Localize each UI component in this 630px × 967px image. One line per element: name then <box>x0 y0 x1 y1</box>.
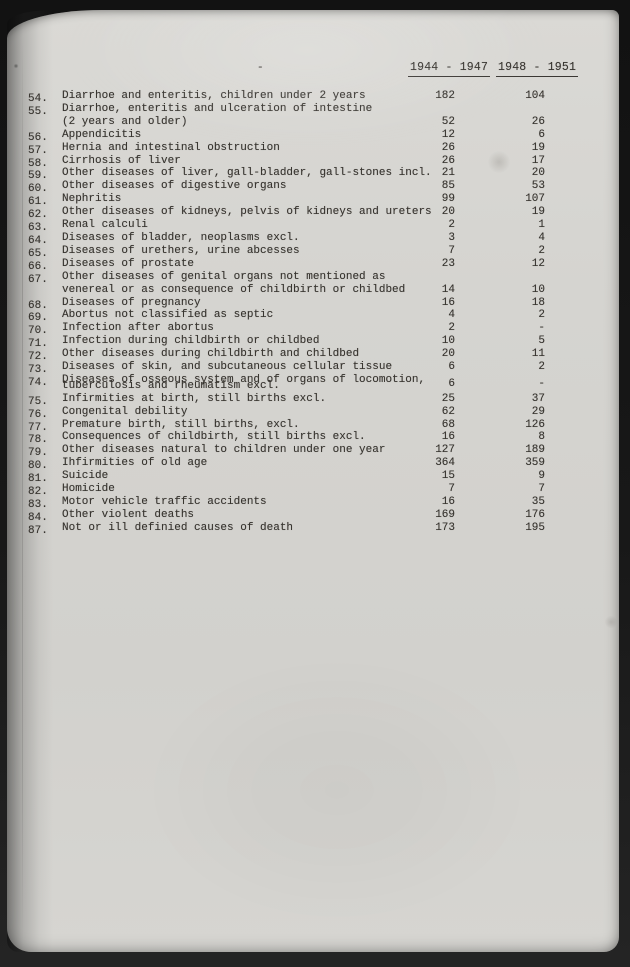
value-1948-1951: 176 <box>485 509 545 522</box>
value-1944-1947: 99 <box>395 193 455 206</box>
table-row: 69. Abortus not classified as septic 4 2 <box>28 309 550 322</box>
table-row: 59. Other diseases of liver, gall-bladde… <box>28 167 550 180</box>
row-label: Other diseases of liver, gall-bladder, g… <box>62 167 432 180</box>
row-label: Infirmities at birth, still births excl. <box>62 393 326 406</box>
value-1948-1951: 1 <box>485 219 545 232</box>
table-row: 72. Other diseases during childbirth and… <box>28 348 550 361</box>
value-1948-1951: 107 <box>485 193 545 206</box>
table-row: 83. Motor vehicle traffic accidents 16 3… <box>28 496 550 509</box>
page-edge-crease <box>22 40 23 944</box>
table-row: 62. Other diseases of kidneys, pelvis of… <box>28 206 550 219</box>
row-label: Cirrhosis of liver <box>62 155 181 168</box>
value-1944-1947: 173 <box>395 522 455 535</box>
row-label: Ihfirmities of old age <box>62 457 207 470</box>
row-label: Appendicitis <box>62 129 141 142</box>
row-label-continued: (2 years and older) <box>62 116 187 129</box>
row-label: Renal calculi <box>62 219 148 232</box>
value-1948-1951: 18 <box>485 297 545 310</box>
row-label: Other diseases of digestive organs <box>62 180 286 193</box>
value-1944-1947: 26 <box>395 142 455 155</box>
value-1948-1951: 17 <box>485 155 545 168</box>
row-label: Suicide <box>62 470 108 483</box>
value-1944-1947: 127 <box>395 444 455 457</box>
value-1948-1951: 26 <box>485 116 545 129</box>
column-header-1944-1947: 1944 - 1947 <box>408 61 490 77</box>
value-1948-1951: 195 <box>485 522 545 535</box>
table-row: 81. Suicide 15 9 <box>28 470 550 483</box>
table-row: 84. Other violent deaths 169 176 <box>28 509 550 522</box>
value-1948-1951: 9 <box>485 470 545 483</box>
value-1948-1951: 19 <box>485 142 545 155</box>
row-label: Other diseases of kidneys, pelvis of kid… <box>62 206 432 219</box>
value-1948-1951: 19 <box>485 206 545 219</box>
value-1944-1947: 68 <box>395 419 455 432</box>
table-row: 71. Infection during childbirth or child… <box>28 335 550 348</box>
value-1944-1947: 20 <box>395 348 455 361</box>
value-1944-1947: 10 <box>395 335 455 348</box>
row-label: Diarrhoe and enteritis, children under 2… <box>62 90 366 103</box>
row-label: Not or ill definied causes of death <box>62 522 293 535</box>
stray-dash-mark: - <box>257 62 264 74</box>
row-label: Premature birth, still births, excl. <box>62 419 300 432</box>
row-label: Consequences of childbirth, still births… <box>62 431 366 444</box>
table-row: 54. Diarrhoe and enteritis, children und… <box>28 90 550 103</box>
value-1944-1947: 85 <box>395 180 455 193</box>
value-1944-1947: 16 <box>395 496 455 509</box>
row-label: Diseases of pregnancy <box>62 297 201 310</box>
row-label: Motor vehicle traffic accidents <box>62 496 267 509</box>
scanner-background: - 1944 - 1947 1948 - 1951 54. Diarrhoe a… <box>0 0 630 967</box>
value-1948-1951: 2 <box>485 309 545 322</box>
table-row: 67. Other diseases of genital organs not… <box>28 271 550 297</box>
row-label: Other diseases during childbirth and chi… <box>62 348 359 361</box>
value-1944-1947: 7 <box>395 483 455 496</box>
table-row: 77. Premature birth, still births, excl.… <box>28 419 550 432</box>
row-label: Other diseases natural to children under… <box>62 444 385 457</box>
value-1948-1951: 126 <box>485 419 545 432</box>
value-1944-1947: 25 <box>395 393 455 406</box>
table-row: 55. Diarrhoe, enteritis and ulceration o… <box>28 103 550 129</box>
value-1944-1947: 26 <box>395 155 455 168</box>
row-number: 74. <box>28 377 55 390</box>
value-1948-1951: 29 <box>485 406 545 419</box>
value-1944-1947: 20 <box>395 206 455 219</box>
row-label: Infection after abortus <box>62 322 214 335</box>
value-1948-1951: 37 <box>485 393 545 406</box>
value-1948-1951: 35 <box>485 496 545 509</box>
table-row: 70. Infection after abortus 2 - <box>28 322 550 335</box>
value-1948-1951: 104 <box>485 90 545 103</box>
row-label: Other diseases of genital organs not men… <box>62 271 385 284</box>
table-row: 78. Consequences of childbirth, still bi… <box>28 431 550 444</box>
value-1948-1951: 7 <box>485 483 545 496</box>
row-label: Nephritis <box>62 193 121 206</box>
value-1944-1947: 7 <box>395 245 455 258</box>
table-row: 57. Hernia and intestinal obstruction 26… <box>28 142 550 155</box>
value-1944-1947: 2 <box>395 219 455 232</box>
table-row: 68. Diseases of pregnancy 16 18 <box>28 297 550 310</box>
value-1944-1947: 364 <box>395 457 455 470</box>
row-label: Diseases of prostate <box>62 258 194 271</box>
table-row: 87. Not or ill definied causes of death … <box>28 522 550 535</box>
value-1944-1947: 6 <box>395 378 455 391</box>
value-1944-1947: 4 <box>395 309 455 322</box>
value-1948-1951: 8 <box>485 431 545 444</box>
value-1944-1947: 182 <box>395 90 455 103</box>
row-label: Diseases of bladder, neoplasms excl. <box>62 232 300 245</box>
row-label: Homicide <box>62 483 115 496</box>
row-number: 87. <box>28 525 55 538</box>
value-1948-1951: 10 <box>485 284 545 297</box>
value-1944-1947: 52 <box>395 116 455 129</box>
value-1948-1951: 53 <box>485 180 545 193</box>
value-1944-1947: 16 <box>395 297 455 310</box>
value-1948-1951: 189 <box>485 444 545 457</box>
value-1944-1947: 16 <box>395 431 455 444</box>
table-row: 63. Renal calculi 2 1 <box>28 219 550 232</box>
value-1944-1947: 2 <box>395 322 455 335</box>
table-row: 60. Other diseases of digestive organs 8… <box>28 180 550 193</box>
value-1948-1951: 12 <box>485 258 545 271</box>
column-header-1948-1951: 1948 - 1951 <box>496 61 578 77</box>
table-row: 58. Cirrhosis of liver 26 17 <box>28 155 550 168</box>
value-1944-1947: 12 <box>395 129 455 142</box>
table-row: 64. Diseases of bladder, neoplasms excl.… <box>28 232 550 245</box>
table-row: 82. Homicide 7 7 <box>28 483 550 496</box>
table-rows: 54. Diarrhoe and enteritis, children und… <box>28 90 550 535</box>
value-1944-1947: 23 <box>395 258 455 271</box>
row-label: Diarrhoe, enteritis and ulceration of in… <box>62 103 372 116</box>
row-label: Diseases of urethers, urine abcesses <box>62 245 300 258</box>
table-row: 66. Diseases of prostate 23 12 <box>28 258 550 271</box>
table-row: 76. Congenital debility 62 29 <box>28 406 550 419</box>
row-label-continued: tuberculosis and rheumatism excl. <box>62 380 280 393</box>
value-1944-1947: 6 <box>395 361 455 374</box>
row-number: 55. <box>28 106 55 119</box>
table-row: 61. Nephritis 99 107 <box>28 193 550 206</box>
table-row: 80. Ihfirmities of old age 364 359 <box>28 457 550 470</box>
value-1944-1947: 21 <box>395 167 455 180</box>
value-1948-1951: 2 <box>485 361 545 374</box>
value-1948-1951: - <box>485 322 545 335</box>
scanned-page: - 1944 - 1947 1948 - 1951 54. Diarrhoe a… <box>7 10 619 952</box>
row-label: Infection during childbirth or childbed <box>62 335 319 348</box>
value-1948-1951: 11 <box>485 348 545 361</box>
table-row: 75. Infirmities at birth, still births e… <box>28 393 550 406</box>
row-label: Other violent deaths <box>62 509 194 522</box>
value-1948-1951: 2 <box>485 245 545 258</box>
value-1944-1947: 15 <box>395 470 455 483</box>
table-row: 56. Appendicitis 12 6 <box>28 129 550 142</box>
table-row: 79. Other diseases natural to children u… <box>28 444 550 457</box>
value-1944-1947: 169 <box>395 509 455 522</box>
value-1948-1951: 359 <box>485 457 545 470</box>
value-1948-1951: 20 <box>485 167 545 180</box>
row-number: 67. <box>28 274 55 287</box>
value-1944-1947: 62 <box>395 406 455 419</box>
value-1948-1951: - <box>485 378 545 391</box>
value-1948-1951: 5 <box>485 335 545 348</box>
row-label: Diseases of skin, and subcutaneous cellu… <box>62 361 392 374</box>
table-row: 74. Diseases of osseous system and of or… <box>28 374 550 393</box>
row-label: Congenital debility <box>62 406 187 419</box>
row-label: Hernia and intestinal obstruction <box>62 142 280 155</box>
value-1948-1951: 4 <box>485 232 545 245</box>
row-label: Abortus not classified as septic <box>62 309 273 322</box>
row-label-continued: venereal or as consequence of childbirth… <box>62 284 405 297</box>
value-1944-1947: 14 <box>395 284 455 297</box>
value-1944-1947: 3 <box>395 232 455 245</box>
value-1948-1951: 6 <box>485 129 545 142</box>
table-row: 73. Diseases of skin, and subcutaneous c… <box>28 361 550 374</box>
table-row: 65. Diseases of urethers, urine abcesses… <box>28 245 550 258</box>
